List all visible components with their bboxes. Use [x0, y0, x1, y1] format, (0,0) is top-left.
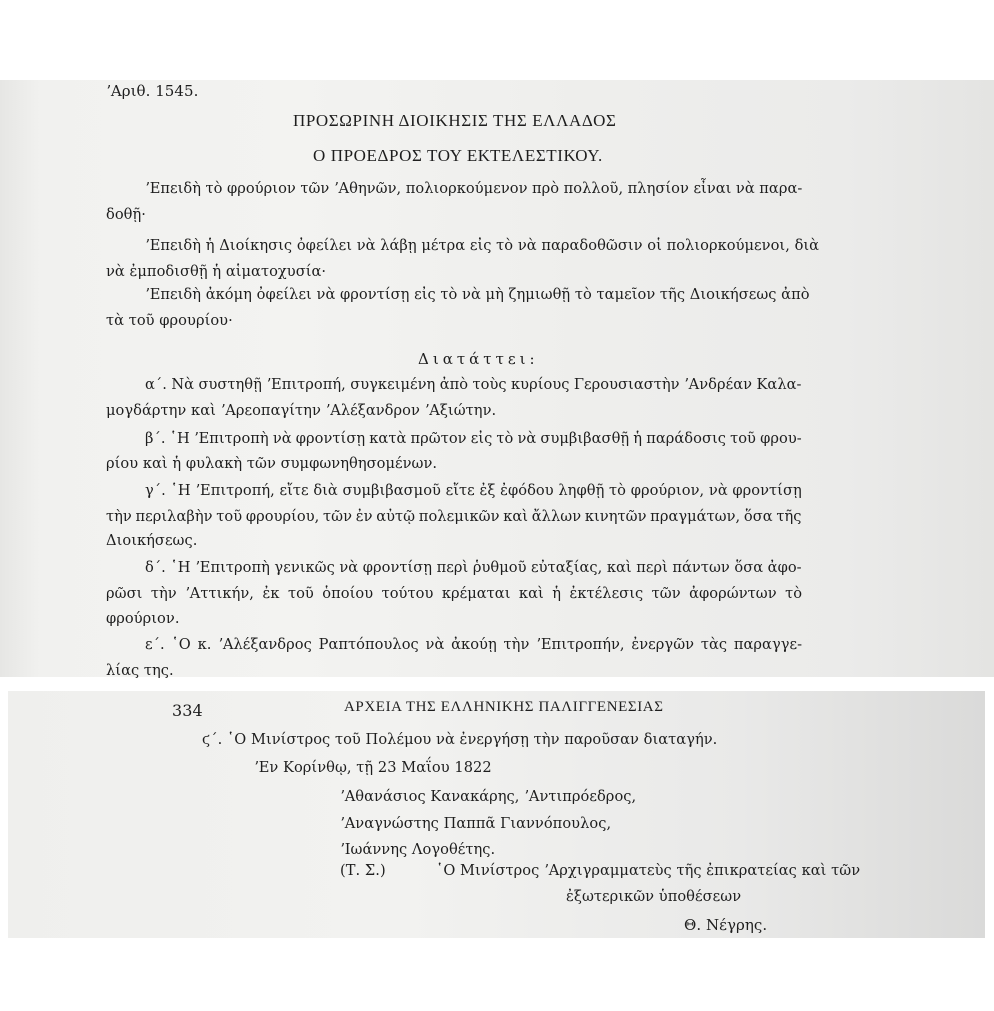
preamble-2-line-1: ʼΕπειδὴ ἡ Διοίκησις ὀφείλει νὰ λάβῃ μέτρ… — [145, 237, 819, 254]
heading-provisional-government: ΠΡΟΣΩΡΙΝΗ ΔΙΟΙΚΗΣΙΣ ΤΗΣ ΕΛΛΑΔΟΣ — [293, 111, 617, 131]
article-d-line-2: ρῶσι τὴν ʼΑττικήν, ἐκ τοῦ ὁποίου τούτου … — [106, 585, 802, 602]
scan-page-top: ʼΑριθ. 1545. ΠΡΟΣΩΡΙΝΗ ΔΙΟΙΚΗΣΙΣ ΤΗΣ ΕΛΛ… — [0, 80, 994, 677]
preamble-3-line-2: τὰ τοῦ φρουρίου· — [106, 312, 233, 329]
document-number: ʼΑριθ. 1545. — [106, 82, 198, 100]
signatory-1: ʼΑθανάσιος Κανακάρης, ʼΑντιπρόεδρος, — [340, 788, 636, 805]
article-c-line-2: τὴν περιλαβὴν τοῦ φρουρίου, τῶν ἐν αὐτῷ … — [106, 508, 802, 525]
decree-heading: Διατάττει: — [418, 350, 539, 368]
minister-title-line-1: ῾Ο Μινίστρος ʼΑρχιγραμματεὺς τῆς ἐπικρατ… — [436, 862, 860, 879]
place-date: ʼΕν Κορίνθῳ, τῇ 23 Μαΐου 1822 — [254, 759, 492, 776]
signatory-2: ʼΑναγνώστης Παππᾶ Γιαννόπουλος, — [340, 815, 611, 832]
article-b-line-1: β΄. ῾Η ʼΕπιτροπὴ νὰ φροντίσῃ κατὰ πρῶτον… — [145, 430, 802, 447]
preamble-1-line-1: ʼΕπειδὴ τὸ φρούριον τῶν ʼΑθηνῶν, πολιορκ… — [145, 180, 802, 197]
article-d-line-1: δ΄. ῾Η ʼΕπιτροπὴ γενικῶς νὰ φροντίσῃ περ… — [145, 559, 802, 576]
preamble-2-line-2: νὰ ἐμποδισθῇ ἡ αἱματοχυσία· — [106, 263, 326, 280]
minister-name: Θ. Νέγρης. — [684, 916, 767, 934]
article-a-line-1: α΄. Νὰ συστηθῇ ʼΕπιτροπή, συγκειμένη ἀπὸ… — [145, 376, 802, 393]
article-c-line-1: γ΄. ῾Η ʼΕπιτροπή, εἴτε διὰ συμβιβασμοῦ ε… — [145, 482, 802, 499]
article-c-line-3: Διοικήσεως. — [106, 532, 197, 549]
article-6: ϛ΄. ῾Ο Μινίστρος τοῦ Πολέμου νὰ ἐνεργήσῃ… — [202, 731, 717, 748]
heading-president-executive: Ο ΠΡΟΕΔΡΟΣ ΤΟΥ ΕΚΤΕΛΕΣΤΙΚΟΥ. — [313, 146, 603, 166]
article-e-line-2: λίας της. — [106, 662, 174, 679]
article-a-line-2: μογδάρτην καὶ ʼΑρεοπαγίτην ʼΑλέξανδρον ʼ… — [106, 402, 496, 419]
article-e-line-1: ε΄. ῾Ο κ. ʼΑλέξανδρος Ραπτόπουλος νὰ ἀκο… — [145, 636, 802, 653]
running-title: ΑΡΧΕΙΑ ΤΗΣ ΕΛΛΗΝΙΚΗΣ ΠΑΛΙΓΓΕΝΕΣΙΑΣ — [344, 699, 664, 716]
signatory-3: ʼΙωάννης Λογοθέτης. — [340, 841, 495, 858]
seal-mark: (Τ. Σ.) — [340, 862, 386, 879]
page-number: 334 — [172, 701, 203, 720]
scan-page-bottom: 334 ΑΡΧΕΙΑ ΤΗΣ ΕΛΛΗΝΙΚΗΣ ΠΑΛΙΓΓΕΝΕΣΙΑΣ ϛ… — [8, 691, 985, 938]
minister-title-line-2: ἐξωτερικῶν ὑποθέσεων — [566, 888, 741, 905]
preamble-1-line-2: δοθῇ· — [106, 206, 146, 223]
article-b-line-2: ρίου καὶ ἡ φυλακὴ τῶν συμφωνηθησομένων. — [106, 455, 437, 472]
article-d-line-3: φρούριον. — [106, 610, 180, 627]
preamble-3-line-1: ʼΕπειδὴ ἀκόμη ὀφείλει νὰ φροντίσῃ εἰς τὸ… — [145, 286, 810, 303]
